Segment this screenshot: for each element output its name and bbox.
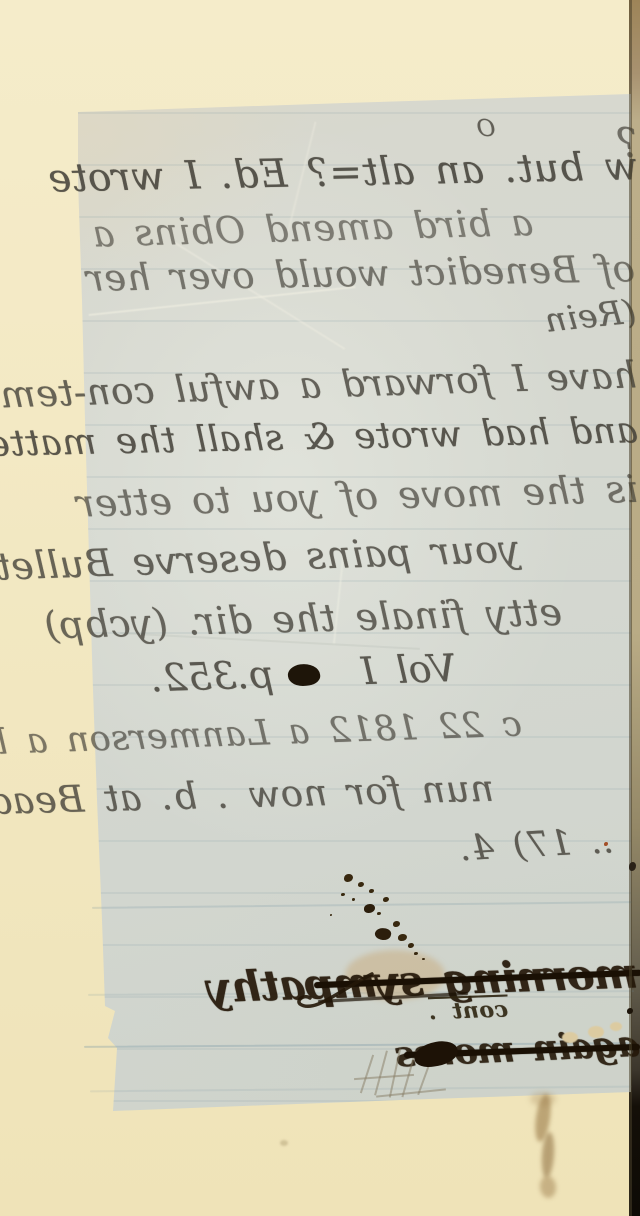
scrawl-note-word: cont .	[420, 996, 509, 1025]
handwriting-line: p.352.	[149, 652, 290, 701]
book-edge-shadow-line	[629, 0, 632, 1216]
stain-blob	[539, 1175, 557, 1199]
pencil-stroke	[374, 1051, 388, 1096]
scanned-page: O ? w but. an alt=? Ed. I wrote a bird a…	[0, 0, 640, 1216]
superscript-o-mark: O	[476, 116, 506, 142]
paper-show-spot	[588, 1026, 604, 1038]
pencil-stroke	[389, 1048, 401, 1097]
pencil-stroke	[376, 1088, 446, 1097]
brown-stain-streak	[530, 1092, 566, 1202]
pencil-stroke	[360, 1055, 374, 1094]
scrawl-flourish	[296, 968, 376, 1024]
handwriting-line: Vol I	[337, 646, 456, 694]
paper-speck	[280, 1140, 288, 1146]
paper-show-spot	[610, 1022, 622, 1031]
paper-show-spot	[562, 1032, 578, 1043]
pencil-stroke	[354, 1074, 414, 1080]
